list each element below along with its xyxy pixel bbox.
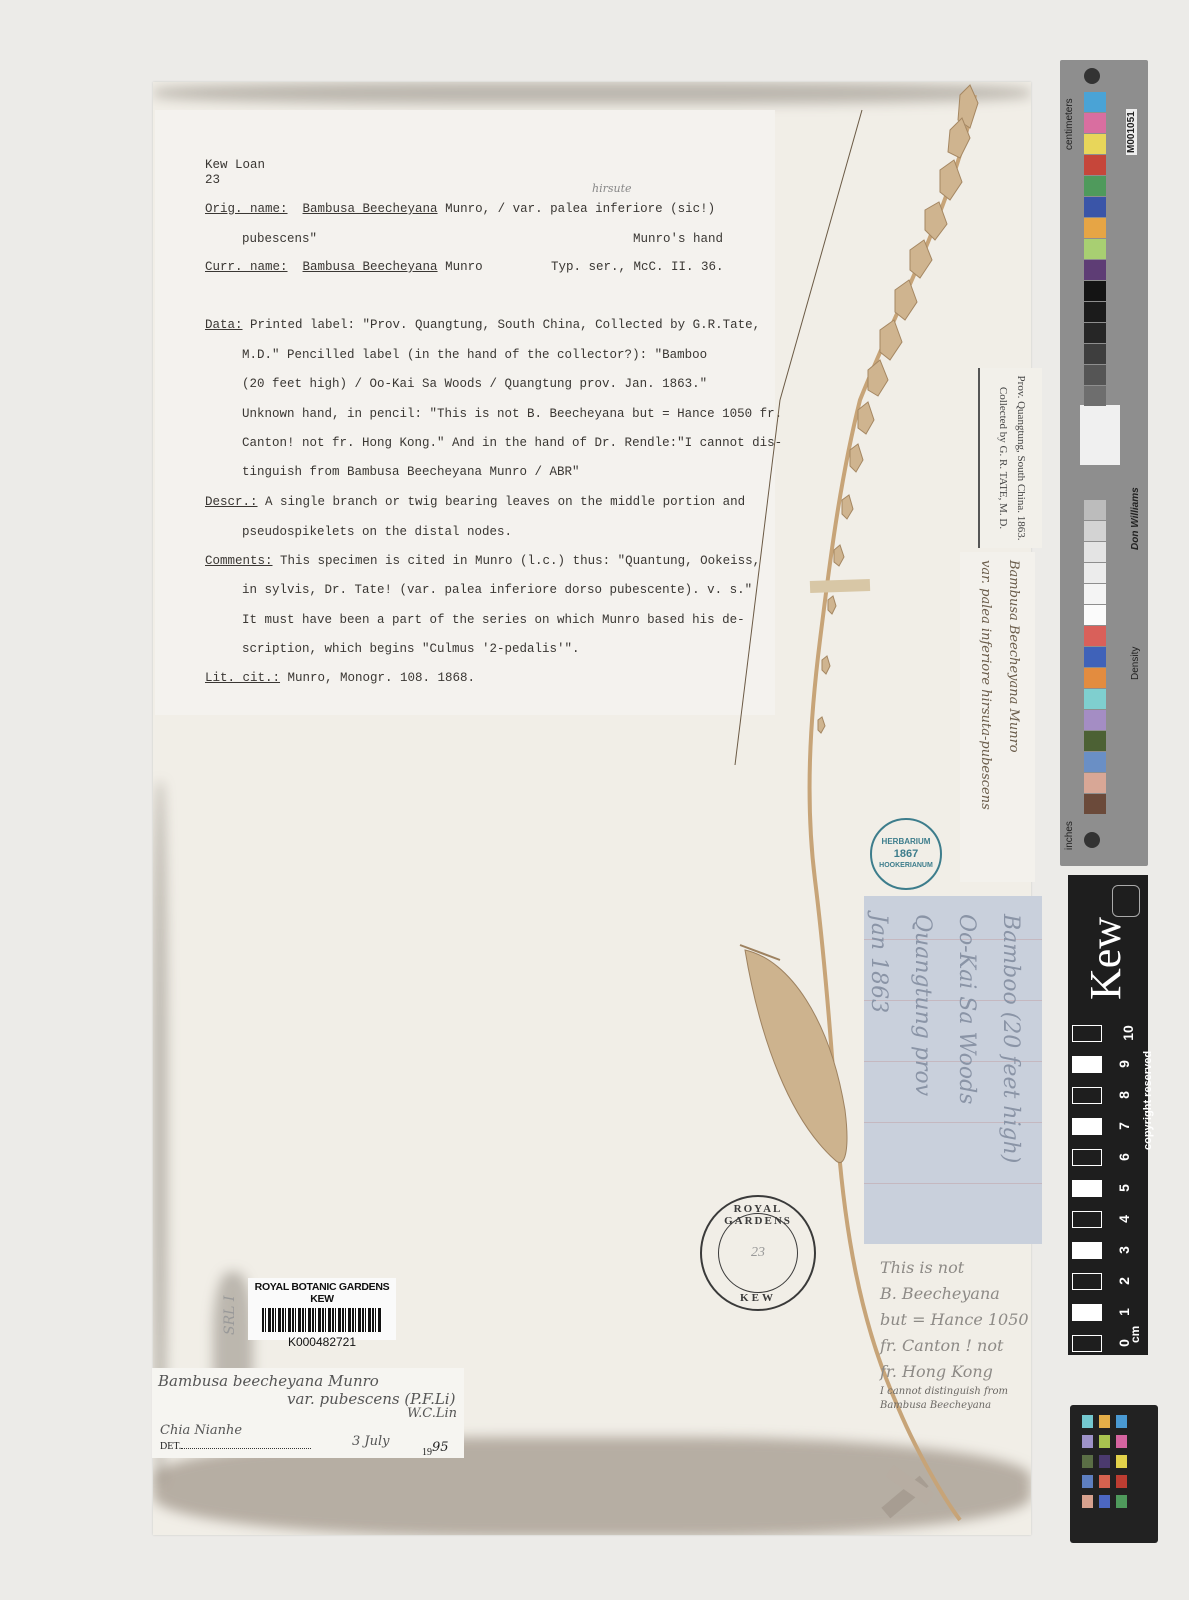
ruler-number: 3 (1116, 1246, 1132, 1254)
density-label: Density (1130, 647, 1141, 680)
data-line-0: Data: Printed label: "Prov. Quangtung, S… (205, 318, 760, 332)
ruler-number: 7 (1116, 1122, 1132, 1130)
printed-label-line1: Prov. Quangtung, South China. 1863. (1012, 368, 1030, 548)
color-swatch (1084, 500, 1106, 520)
blue-label-line2: Oo-Kai Sa Woods (944, 914, 988, 1226)
barcode-title: ROYAL BOTANIC GARDENS KEW (248, 1281, 396, 1305)
color-calibration-chart: centimeters inches M001051 Don Williams … (1060, 60, 1148, 866)
checker-cell (1082, 1435, 1093, 1448)
color-swatch (1084, 113, 1106, 133)
color-swatch (1084, 521, 1106, 541)
checker-cell (1082, 1455, 1093, 1468)
descr-line-1: pseudospikelets on the distal nodes. (242, 525, 512, 539)
kew-loan-header: Kew Loan (205, 158, 265, 172)
chart-brand: Don Williams (1130, 487, 1141, 550)
chart-hole-top (1084, 68, 1100, 84)
curr-name-rest: Munro (438, 260, 483, 274)
kew-crest-icon (1112, 885, 1140, 917)
pencil-small-line-1: Bambusa Beecheyana (880, 1399, 1040, 1413)
curr-name-taxon: Bambusa Beecheyana (303, 260, 438, 274)
checker-cell (1082, 1495, 1093, 1508)
data-line-5: tinguish from Bambusa Beecheyana Munro /… (242, 465, 580, 479)
color-swatch (1084, 365, 1106, 385)
color-swatch (1084, 752, 1106, 772)
color-swatch (1084, 281, 1106, 301)
orig-name-line: Orig. name: Bambusa Beecheyana Munro, / … (205, 202, 715, 216)
comments-line-2: It must have been a part of the series o… (242, 613, 745, 627)
orig-name-label: Orig. name: (205, 202, 288, 216)
barcode-number: K000482721 (248, 1335, 396, 1349)
checker-cell (1099, 1495, 1110, 1508)
copyright-text: copyright reserved (1142, 1051, 1154, 1150)
blue-label-line1: Bamboo (20 feet high) (988, 914, 1032, 1226)
descr-line-0: Descr.: A single branch or twig bearing … (205, 495, 745, 509)
det-label-text: DET. (160, 1441, 181, 1452)
ruler-number: 10 (1120, 1025, 1136, 1041)
pencil-line-0: This is not (880, 1255, 1040, 1281)
colour-checker-chart (1070, 1405, 1158, 1543)
herbarium-hookerianum-stamp: HERBARIUM 1867 HOOKERIANUM (870, 818, 942, 890)
pencil-line-2: but = Hance 1050 (880, 1307, 1040, 1333)
color-swatch (1084, 794, 1106, 814)
ruler-number: 4 (1116, 1215, 1132, 1223)
data-line-3: Unknown hand, in pencil: "This is not B.… (242, 407, 782, 421)
typed-annotation-sheet: Kew Loan 23 Orig. name: Bambusa Beecheya… (155, 110, 775, 715)
descr-label: Descr.: (205, 495, 258, 509)
ruler-segment (1072, 1056, 1102, 1073)
color-swatch (1084, 239, 1106, 259)
data-line-1: M.D." Pencilled label (in the hand of th… (242, 348, 707, 362)
color-swatch (1084, 668, 1106, 688)
barcode-label: ROYAL BOTANIC GARDENS KEW K000482721 (248, 1278, 396, 1340)
barcode-bars (262, 1308, 382, 1332)
det-dots (181, 1440, 311, 1449)
stamp-year: 1867 (879, 848, 933, 860)
pencil-line-4: fr. Hong Kong (880, 1359, 1040, 1385)
ruler-segment (1072, 1242, 1102, 1259)
lit-cit-label: Lit. cit.: (205, 671, 280, 685)
printed-collector-label: Prov. Quangtung, South China. 1863. Coll… (978, 368, 1042, 548)
checker-cell (1082, 1475, 1093, 1488)
lit-cit-line: Lit. cit.: Munro, Monogr. 108. 1868. (205, 671, 475, 685)
det-year-prefix: 19 (422, 1447, 432, 1458)
color-swatch (1084, 605, 1106, 625)
curr-name-line: Curr. name: Bambusa Beecheyana Munro (205, 260, 483, 274)
loan-number: 23 (205, 173, 220, 187)
pencil-line-1: B. Beecheyana (880, 1281, 1040, 1307)
kew-scale-ruler: Kew copyright reserved cm 109876543210 (1068, 875, 1148, 1355)
orig-name-sic: (sic!) (663, 202, 716, 216)
color-swatch (1084, 155, 1106, 175)
color-swatch (1084, 386, 1106, 406)
stamp-kew-text: KEW (702, 1292, 814, 1304)
orig-name-taxon: Bambusa Beecheyana (303, 202, 438, 216)
color-swatch (1084, 92, 1106, 112)
checker-cell (1099, 1415, 1110, 1428)
det-author: W.C.Lin (407, 1406, 457, 1421)
data-line-2: (20 feet high) / Oo-Kai Sa Woods / Quang… (242, 377, 707, 391)
checker-cell (1116, 1475, 1127, 1488)
ruler-number: 5 (1116, 1184, 1132, 1192)
orig-name-rest: Munro, / var. palea inferiore (438, 202, 663, 216)
color-swatch (1084, 563, 1106, 583)
hw-label-line1: Bambusa Beecheyana Munro (999, 560, 1027, 874)
inches-label: inches (1064, 821, 1075, 850)
blue-label-line3: Quangtung prov (900, 914, 944, 1226)
data-label: Data: (205, 318, 243, 332)
color-swatch (1084, 302, 1106, 322)
color-swatch (1084, 134, 1106, 154)
descr-text: A single branch or twig bearing leaves o… (258, 495, 746, 509)
ruler-number: 0 (1116, 1339, 1132, 1347)
det-year-suffix: 95 (432, 1440, 449, 1455)
color-swatch (1084, 584, 1106, 604)
checker-cell (1116, 1415, 1127, 1428)
royal-gardens-kew-stamp: ROYAL GARDENS 23 KEW (700, 1195, 816, 1311)
color-swatch (1084, 176, 1106, 196)
color-swatch (1084, 218, 1106, 238)
det-label: DET. (160, 1440, 311, 1452)
hw-label-line2: var. palea inferiore hirsuta-pubescens (971, 560, 999, 874)
ruler-segment (1072, 1118, 1102, 1135)
srl-mark: SRL I (222, 1296, 238, 1335)
color-swatch (1084, 344, 1106, 364)
pencil-line-3: fr. Canton ! not (880, 1333, 1040, 1359)
stain-top (153, 82, 1031, 104)
chart-gray-target (1080, 405, 1120, 465)
color-swatch (1084, 542, 1106, 562)
data-line-4: Canton! not fr. Hong Kong." And in the h… (242, 436, 782, 450)
ruler-number: 6 (1116, 1153, 1132, 1161)
ruler-segment (1072, 1180, 1102, 1197)
pencil-small-line-0: I cannot distinguish from (880, 1385, 1040, 1399)
comments-label: Comments: (205, 554, 273, 568)
ruler-segment (1072, 1087, 1102, 1104)
color-swatch (1084, 626, 1106, 646)
comments-line-3: scription, which begins "Culmus '2-pedal… (242, 642, 580, 656)
data-text: Printed label: "Prov. Quangtung, South C… (243, 318, 761, 332)
type-series: Typ. ser., McC. II. 36. (551, 260, 724, 274)
det-year: 1995 (422, 1440, 449, 1458)
checker-cell (1082, 1415, 1093, 1428)
centimeters-label: centimeters (1064, 98, 1075, 150)
comments-line-0: Comments: This specimen is cited in Munr… (205, 554, 760, 568)
stamp-herbarium-text: HERBARIUM (879, 836, 933, 848)
handwritten-taxon-label: Bambusa Beecheyana Munro var. palea infe… (960, 552, 1035, 882)
ruler-segment (1072, 1273, 1102, 1290)
color-swatch (1084, 197, 1106, 217)
det-taxon: Bambusa beecheyana Munro (158, 1372, 379, 1390)
ruler-segment (1072, 1335, 1102, 1352)
det-date: 3 July (352, 1434, 390, 1449)
hirsute-insert: hirsute (592, 182, 632, 195)
color-swatch (1084, 647, 1106, 667)
munro-hand-note: Munro's hand (633, 232, 723, 246)
checker-cell (1116, 1435, 1127, 1448)
ruler-number: 2 (1116, 1277, 1132, 1285)
chart-hole-bottom (1084, 832, 1100, 848)
comments-text: This specimen is cited in Munro (l.c.) t… (273, 554, 761, 568)
det-determiner-name: Chia Nianhe (160, 1423, 242, 1438)
color-swatch (1084, 260, 1106, 280)
checker-cell (1099, 1435, 1110, 1448)
curr-name-label: Curr. name: (205, 260, 288, 274)
color-swatch (1084, 689, 1106, 709)
ruler-number: 8 (1116, 1091, 1132, 1099)
checker-cell (1116, 1495, 1127, 1508)
ruler-segment (1072, 1025, 1102, 1042)
kew-logo: Kew (1080, 917, 1131, 1000)
comments-line-1: in sylvis, Dr. Tate! (var. palea inferio… (242, 583, 752, 597)
ruler-number: 9 (1116, 1060, 1132, 1068)
lit-cit-text: Munro, Monogr. 108. 1868. (280, 671, 475, 685)
chart-id: M001051 (1126, 109, 1137, 155)
checker-cell (1116, 1455, 1127, 1468)
stamp-center-number: 23 (751, 1245, 765, 1261)
checker-cell (1099, 1475, 1110, 1488)
orig-name-continuation: pubescens" (242, 232, 317, 246)
stamp-royal-gardens-text: ROYAL GARDENS (702, 1203, 814, 1227)
color-swatch (1084, 773, 1106, 793)
blue-collector-label: Bamboo (20 feet high) Oo-Kai Sa Woods Qu… (864, 896, 1042, 1244)
determination-slip: Bambusa beecheyana Munro var. pubescens … (152, 1368, 464, 1458)
color-swatch (1084, 731, 1106, 751)
checker-cell (1099, 1455, 1110, 1468)
ruler-segment (1072, 1304, 1102, 1321)
stamp-hookerianum-text: HOOKERIANUM (879, 860, 933, 872)
ruler-number: 1 (1116, 1308, 1132, 1316)
printed-label-line2: Collected by G. R. TATE, M. D. (994, 368, 1012, 548)
color-swatch (1084, 710, 1106, 730)
pencil-annotation: This is not B. Beecheyana but = Hance 10… (880, 1255, 1040, 1413)
ruler-segment (1072, 1211, 1102, 1228)
color-swatch (1084, 323, 1106, 343)
blue-label-line4: Jan 1863 (856, 914, 900, 1226)
ruler-segment (1072, 1149, 1102, 1166)
